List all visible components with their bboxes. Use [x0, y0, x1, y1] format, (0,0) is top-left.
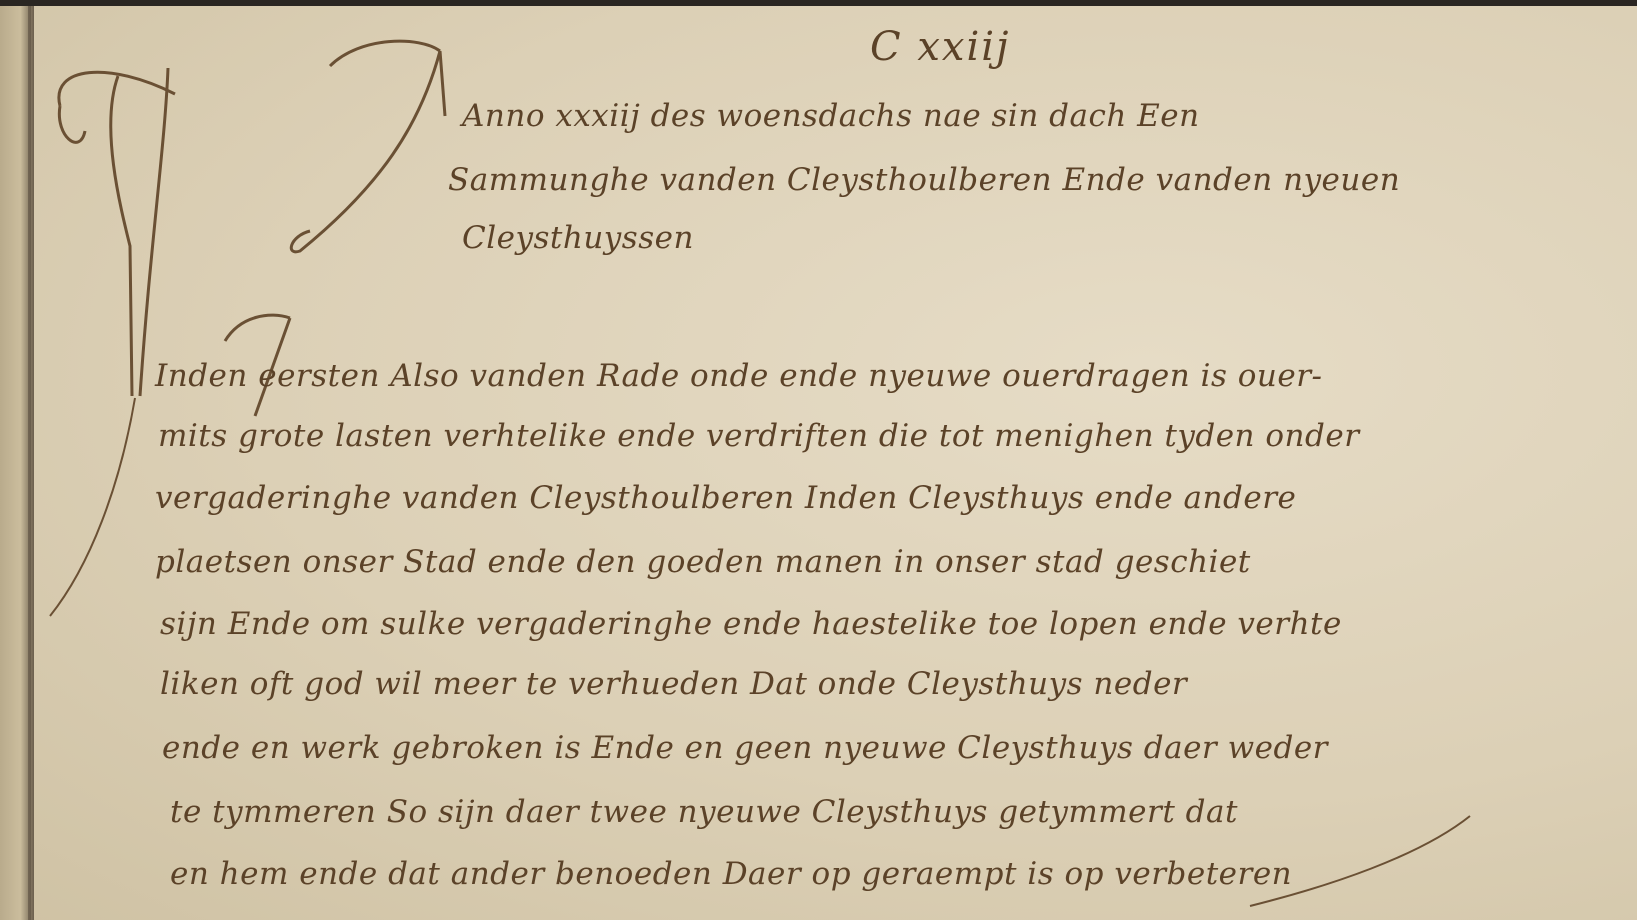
heading-line: Sammunghe vanden Cleysthoulberen Ende va…: [448, 162, 1400, 198]
body-line: liken oft god wil meer te verhueden Dat …: [160, 666, 1187, 702]
heading-line: Cleysthuyssen: [462, 220, 694, 256]
decorative-initials-icon: [0, 6, 1637, 920]
body-line: vergaderinghe vanden Cleysthoulberen Ind…: [155, 480, 1296, 516]
manuscript-page: C xxiij Anno xxxiij des woensdachs nae s…: [0, 6, 1637, 920]
body-line: plaetsen onser Stad ende den goeden mane…: [155, 544, 1251, 580]
body-line: Inden eersten Also vanden Rade onde ende…: [155, 358, 1322, 394]
body-line: ende en werk gebroken is Ende en geen ny…: [162, 730, 1328, 766]
body-line: te tymmeren So sijn daer twee nyeuwe Cle…: [170, 794, 1238, 830]
heading-line: Anno xxxiij des woensdachs nae sin dach …: [462, 98, 1200, 134]
body-line: mits grote lasten verhtelike ende verdri…: [158, 418, 1360, 454]
body-line: en hem ende dat ander benoeden Daer op g…: [170, 856, 1292, 892]
folio-number: C xxiij: [870, 24, 1010, 70]
body-line: sijn Ende om sulke vergaderinghe ende ha…: [160, 606, 1342, 642]
